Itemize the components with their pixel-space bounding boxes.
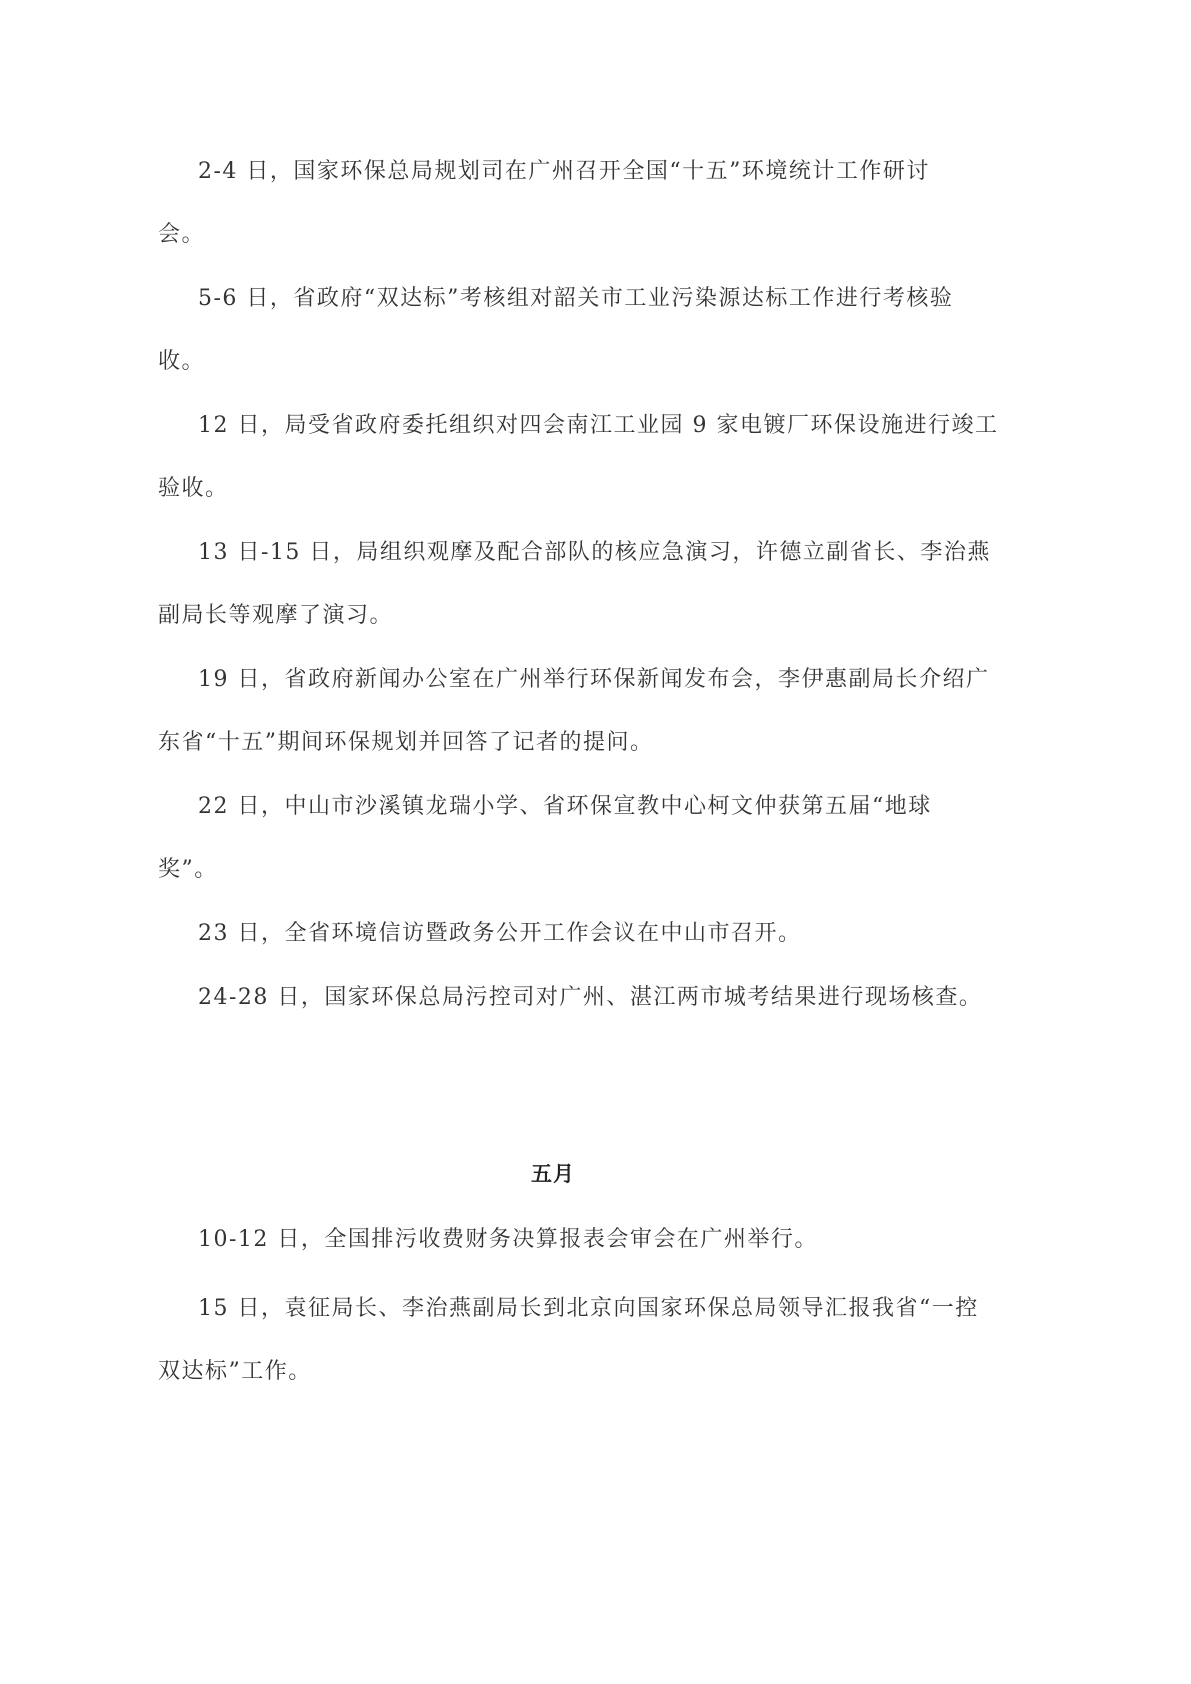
entry-line: 10-12 日，全国排污收费财务决算报表会审会在广州举行。 bbox=[158, 1208, 958, 1271]
entry-line: 双达标”工作。 bbox=[158, 1340, 958, 1403]
entry-line: 13 日-15 日，局组织观摩及配合部队的核应急演习，许德立副省长、李治燕 bbox=[158, 521, 958, 584]
entry-line: 收。 bbox=[158, 330, 958, 393]
entry-19: 19 日，省政府新闻办公室在广州举行环保新闻发布会，李伊惠副局长介绍广 东省“十… bbox=[158, 648, 958, 774]
entry-line: 奖”。 bbox=[158, 838, 958, 901]
section-title-may: 五月 bbox=[158, 1143, 948, 1206]
entry-line: 24-28 日，国家环保总局污控司对广州、湛江两市城考结果进行现场核查。 bbox=[158, 966, 958, 1029]
entry-23: 23 日，全省环境信访暨政务公开工作会议在中山市召开。 bbox=[158, 902, 958, 965]
entry-24-28: 24-28 日，国家环保总局污控司对广州、湛江两市城考结果进行现场核查。 bbox=[158, 966, 958, 1029]
entry-line: 19 日，省政府新闻办公室在广州举行环保新闻发布会，李伊惠副局长介绍广 bbox=[158, 648, 958, 711]
entry-5-6: 5-6 日，省政府“双达标”考核组对韶关市工业污染源达标工作进行考核验 收。 bbox=[158, 267, 958, 393]
entry-line: 会。 bbox=[158, 203, 958, 266]
entry-13-15: 13 日-15 日，局组织观摩及配合部队的核应急演习，许德立副省长、李治燕 副局… bbox=[158, 521, 958, 647]
entry-line: 23 日，全省环境信访暨政务公开工作会议在中山市召开。 bbox=[158, 902, 958, 965]
entry-may-10-12: 10-12 日，全国排污收费财务决算报表会审会在广州举行。 bbox=[158, 1208, 958, 1271]
entry-line: 验收。 bbox=[158, 457, 958, 520]
entry-line: 15 日，袁征局长、李治燕副局长到北京向国家环保总局领导汇报我省“一控 bbox=[158, 1277, 958, 1340]
entry-may-15: 15 日，袁征局长、李治燕副局长到北京向国家环保总局领导汇报我省“一控 双达标”… bbox=[158, 1277, 958, 1403]
entry-line: 5-6 日，省政府“双达标”考核组对韶关市工业污染源达标工作进行考核验 bbox=[158, 267, 958, 330]
entry-22: 22 日，中山市沙溪镇龙瑞小学、省环保宣教中心柯文仲获第五届“地球 奖”。 bbox=[158, 775, 958, 901]
entry-line: 22 日，中山市沙溪镇龙瑞小学、省环保宣教中心柯文仲获第五届“地球 bbox=[158, 775, 958, 838]
entry-line: 东省“十五”期间环保规划并回答了记者的提问。 bbox=[158, 711, 958, 774]
entry-12: 12 日，局受省政府委托组织对四会南江工业园 9 家电镀厂环保设施进行竣工 验收… bbox=[158, 394, 958, 520]
entry-2-4: 2-4 日，国家环保总局规划司在广州召开全国“十五”环境统计工作研讨 会。 bbox=[158, 140, 958, 266]
entry-line: 12 日，局受省政府委托组织对四会南江工业园 9 家电镀厂环保设施进行竣工 bbox=[158, 394, 958, 457]
entry-line: 2-4 日，国家环保总局规划司在广州召开全国“十五”环境统计工作研讨 bbox=[158, 140, 958, 203]
entry-line: 副局长等观摩了演习。 bbox=[158, 584, 958, 647]
